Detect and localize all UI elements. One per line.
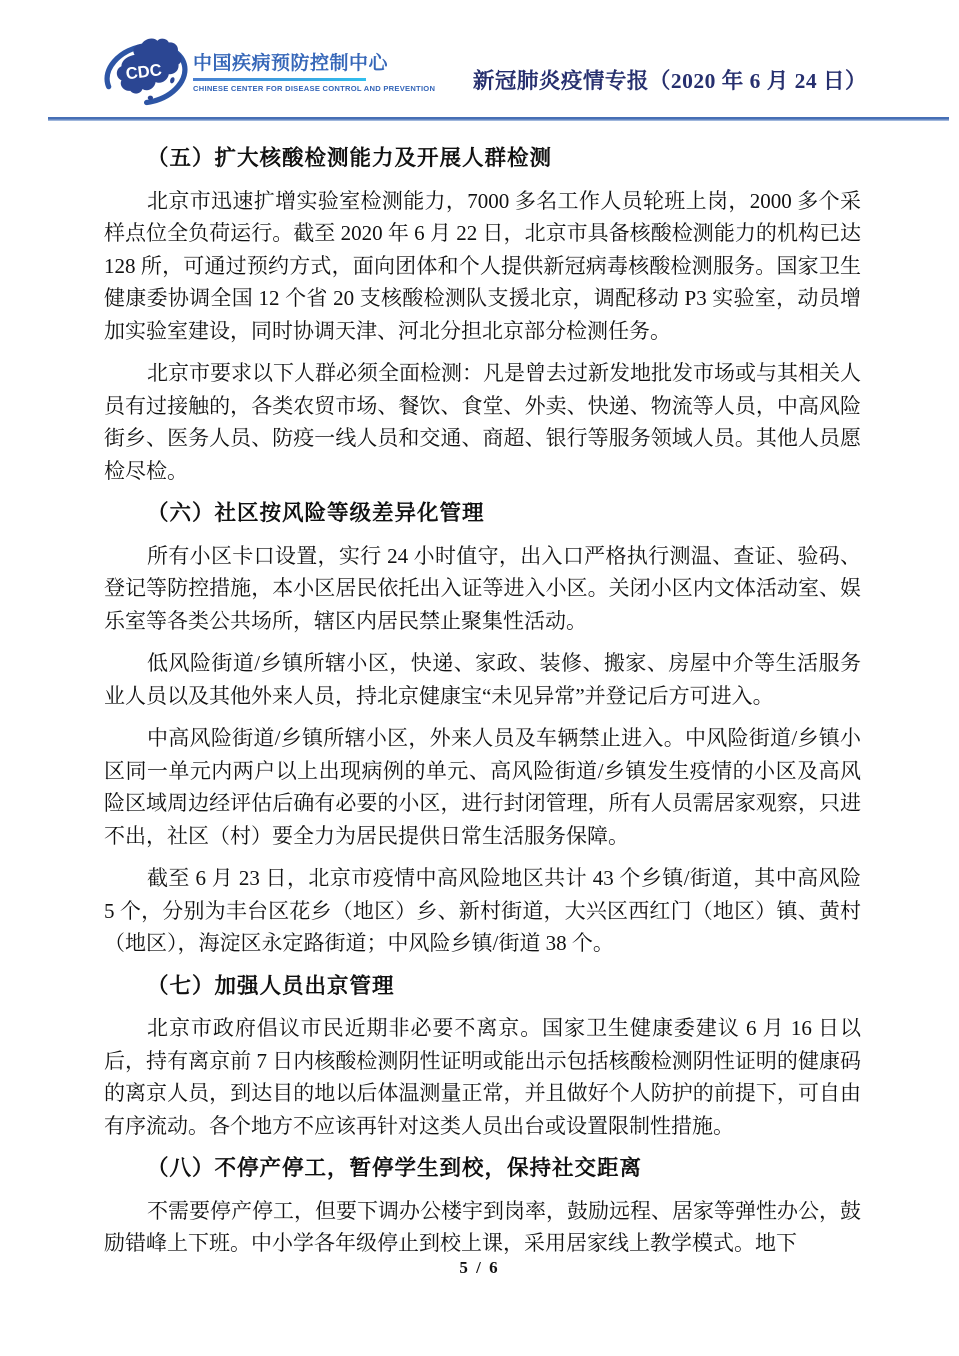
header-rule xyxy=(48,117,949,121)
org-name-en: CHINESE CENTER FOR DISEASE CONTROL AND P… xyxy=(193,84,423,93)
org-name-cn: 中国疾病预防控制中心 xyxy=(193,48,423,75)
section-heading: （七）加强人员出京管理 xyxy=(104,970,861,1003)
body-paragraph: 北京市迅速扩增实验室检测能力，7000 多名工作人员轮班上岗，2000 多个采样… xyxy=(104,185,861,348)
document-body: （五）扩大核酸检测能力及开展人群检测北京市迅速扩增实验室检测能力，7000 多名… xyxy=(104,142,861,1254)
body-paragraph: 北京市要求以下人群必须全面检测：凡是曾去过新发地批发市场或与其相关人员有过接触的… xyxy=(104,357,861,487)
body-paragraph: 中高风险街道/乡镇所辖小区，外来人员及车辆禁止进入。中风险街道/乡镇小区同一单元… xyxy=(104,722,861,852)
page-number: 5 / 6 xyxy=(0,1258,959,1278)
body-paragraph: 截至 6 月 23 日，北京市疫情中高风险地区共计 43 个乡镇/街道，其中高风… xyxy=(104,862,861,960)
org-names: 中国疾病预防控制中心 CHINESE CENTER FOR DISEASE CO… xyxy=(193,48,423,93)
body-paragraph: 不需要停产停工，但要下调办公楼宇到岗率，鼓励远程、居家等弹性办公，鼓励错峰上下班… xyxy=(104,1195,861,1255)
page-header: CDC 中国疾病预防控制中心 CHINESE CENTER FOR DISEAS… xyxy=(0,0,959,120)
body-paragraph: 低风险街道/乡镇所辖小区，快递、家政、装修、搬家、房屋中介等生活服务业人员以及其… xyxy=(104,647,861,712)
section-heading: （八）不停产停工，暂停学生到校，保持社交距离 xyxy=(104,1152,861,1185)
section-heading: （六）社区按风险等级差异化管理 xyxy=(104,497,861,530)
body-paragraph: 北京市政府倡议市民近期非必要不离京。国家卫生健康委建议 6 月 16 日以后，持… xyxy=(104,1012,861,1142)
body-paragraph: 所有小区卡口设置，实行 24 小时值守，出入口严格执行测温、查证、验码、登记等防… xyxy=(104,540,861,638)
report-title: 新冠肺炎疫情专报（2020 年 6 月 24 日） xyxy=(473,64,867,95)
document-page: CDC 中国疾病预防控制中心 CHINESE CENTER FOR DISEAS… xyxy=(0,0,959,1356)
cdc-logo-icon: CDC xyxy=(102,32,190,118)
org-name-divider xyxy=(193,78,366,81)
section-heading: （五）扩大核酸检测能力及开展人群检测 xyxy=(104,142,861,175)
